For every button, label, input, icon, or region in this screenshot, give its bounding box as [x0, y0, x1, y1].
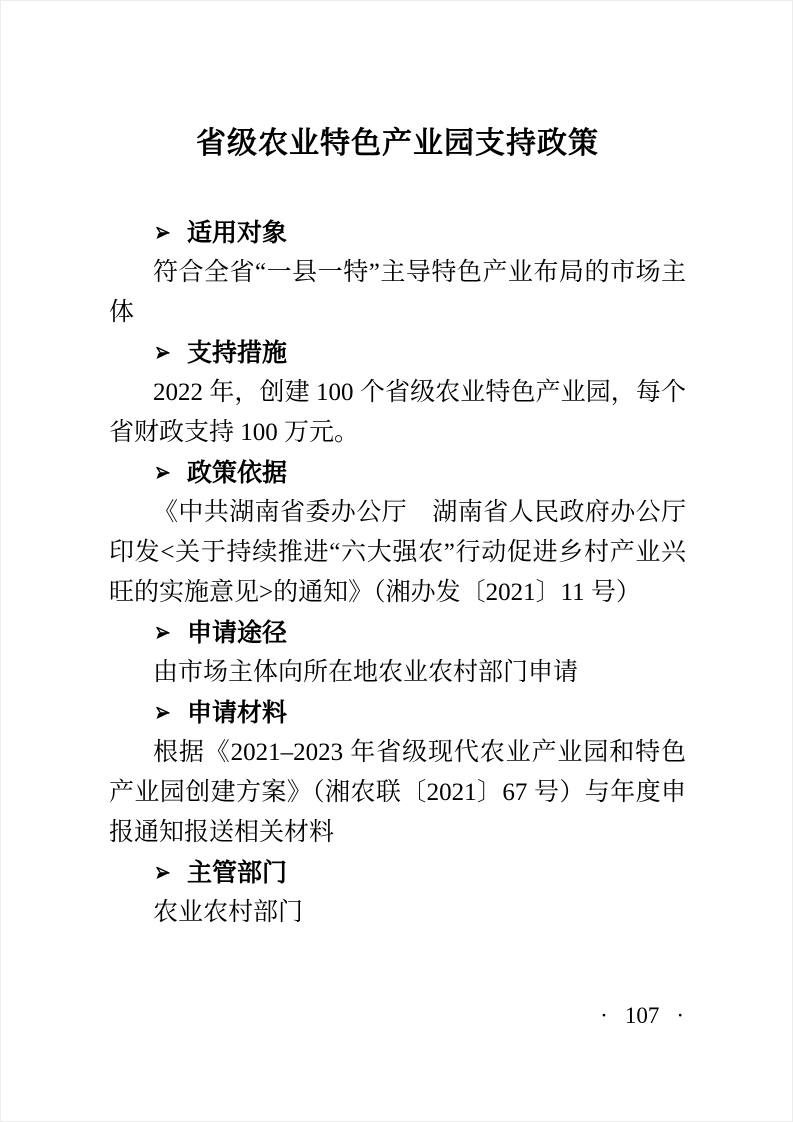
- arrowhead-bullet-icon: [155, 625, 172, 641]
- page-number-dot-right: ·: [676, 1003, 684, 1028]
- section-heading-label: 申请材料: [187, 693, 287, 733]
- arrowhead-bullet-icon: [155, 345, 172, 361]
- section-heading-label: 主管部门: [187, 853, 287, 893]
- section-heading-applicable-target: 适用对象: [109, 213, 686, 253]
- section-heading-label: 适用对象: [187, 213, 287, 253]
- section-heading-policy-basis: 政策依据: [109, 453, 686, 493]
- page-number: ·107·: [600, 1001, 684, 1031]
- section-body: 2022 年，创建 100 个省级农业特色产业园，每个省财政支持 100 万元。: [109, 373, 686, 453]
- section-body: 农业农村部门: [109, 893, 686, 933]
- section-heading-label: 支持措施: [187, 333, 287, 373]
- section-heading-competent-department: 主管部门: [109, 853, 686, 893]
- page-content: 省级农业特色产业园支持政策 适用对象 符合全省“一县一特”主导特色产业布局的市场…: [109, 121, 686, 933]
- section-body: 由市场主体向所在地农业农村部门申请: [109, 653, 686, 693]
- page-number-dot-left: ·: [600, 1003, 608, 1028]
- section-body: 根据《2021–2023 年省级现代农业产业园和特色产业园创建方案》（湘农联〔2…: [109, 733, 686, 853]
- section-body: 符合全省“一县一特”主导特色产业布局的市场主体: [109, 253, 686, 333]
- section-heading-application-channel: 申请途径: [109, 613, 686, 653]
- section-body: 《中共湖南省委办公厅 湖南省人民政府办公厅印发<关于持续推进“六大强农”行动促进…: [109, 493, 686, 613]
- page-title: 省级农业特色产业园支持政策: [109, 121, 686, 167]
- section-heading-label: 政策依据: [187, 453, 287, 493]
- section-heading-support-measures: 支持措施: [109, 333, 686, 373]
- arrowhead-bullet-icon: [155, 225, 172, 241]
- page-number-value: 107: [625, 1003, 660, 1028]
- arrowhead-bullet-icon: [155, 465, 172, 481]
- arrowhead-bullet-icon: [155, 865, 172, 881]
- arrowhead-bullet-icon: [155, 705, 172, 721]
- section-heading-application-materials: 申请材料: [109, 693, 686, 733]
- section-heading-label: 申请途径: [187, 613, 287, 653]
